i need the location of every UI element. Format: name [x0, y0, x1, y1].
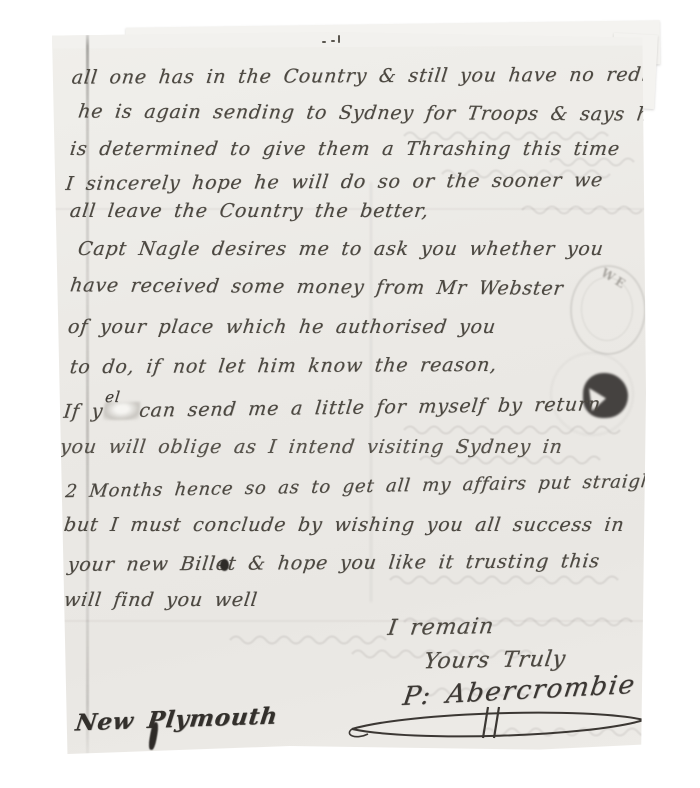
closing-line: I remain — [386, 614, 496, 642]
letter-line: all one has in the Country & still you h… — [70, 63, 646, 89]
letter-line: will find you well — [63, 589, 259, 612]
letter-line: but I must conclude by wishing you all s… — [63, 514, 626, 537]
ink-blot — [220, 559, 229, 571]
line-rest: can send me a little for myself by retur… — [138, 393, 602, 421]
signature-flourish — [346, 702, 646, 752]
inserted-correction: el — [104, 388, 121, 406]
place-name: New Plymouth — [74, 702, 280, 737]
letter-line: your new Billet & hope you like it trust… — [66, 550, 601, 577]
scanned-letter-page: WE all one has in the Country & still yo… — [0, 0, 700, 788]
letter-line: Capt Nagle desires me to ask you whether… — [77, 238, 605, 261]
fold-crease-horizontal — [52, 620, 646, 622]
letter-paper: WE all one has in the Country & still yo… — [52, 32, 646, 754]
letter-line: I sincerely hope he will do so or the so… — [64, 169, 604, 196]
ink-speck — [338, 35, 340, 43]
letter-line: is determined to give them a Thrashing t… — [69, 138, 622, 161]
line-prefix: If y — [62, 400, 104, 423]
letter-line: have received some money from Mr Webster — [69, 274, 565, 300]
ink-speck — [331, 40, 335, 42]
letter-line: of your place which he authorised you — [67, 316, 498, 339]
letter-line: he is again sending to Sydney for Troops… — [77, 100, 646, 126]
closing-line: Yours Truly — [422, 647, 568, 676]
letter-line: 2 Months hence so as to get all my affai… — [64, 471, 646, 503]
ink-speck — [322, 41, 326, 43]
letter-line: If ycan send me a little for myself by r… — [62, 393, 602, 423]
letter-line: to do, if not let him know the reason, — [69, 354, 499, 379]
letter-line: all leave the Country the better, — [69, 200, 431, 223]
letter-line: you will oblige as I intend visiting Syd… — [59, 436, 564, 459]
